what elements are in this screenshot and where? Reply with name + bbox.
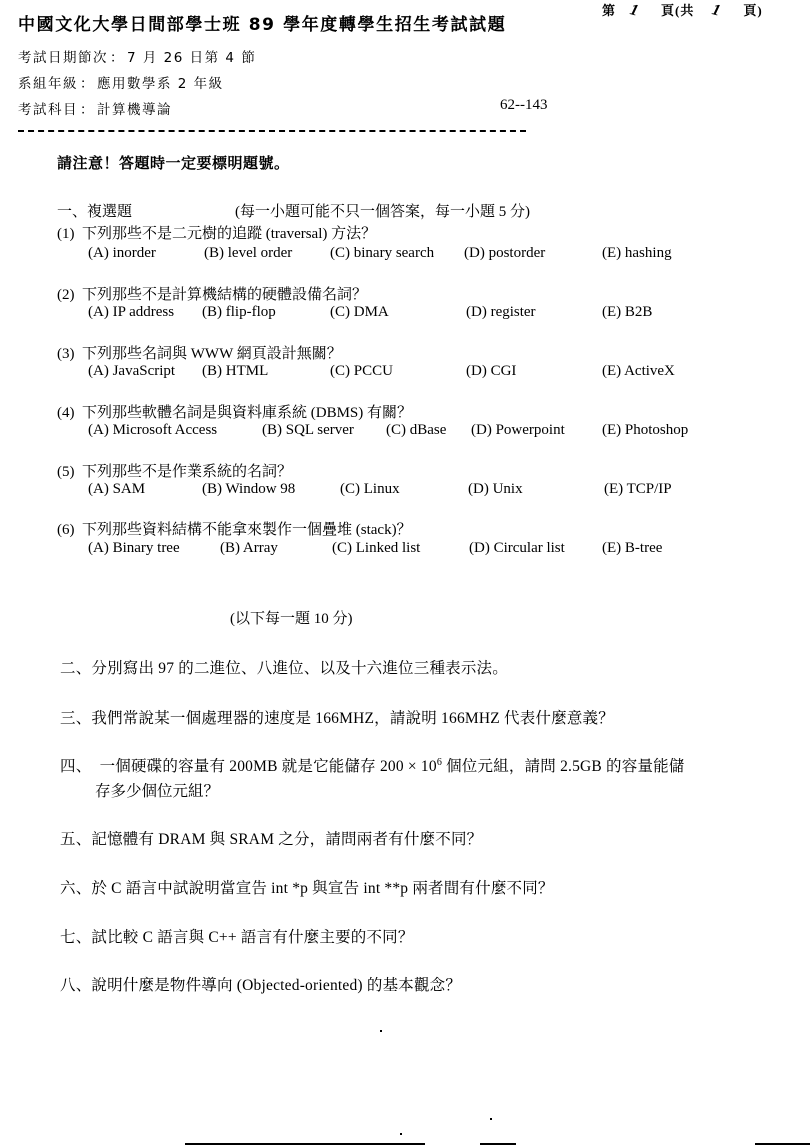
question-5: (5) 下列那些不是作業系統的名詞？ (57, 460, 292, 481)
essay-question-4-continuation: 存多少個位元組？ (95, 779, 219, 801)
page-indicator: 第1頁(共1頁) (602, 0, 763, 20)
option-a: (A) SAM (88, 481, 145, 498)
essay-text: 記憶體有 DRAM 與 SRAM 之分，請問兩者有什麼不同？ (91, 831, 482, 848)
option-e: (E) B2B (602, 304, 652, 321)
scan-speck (490, 1118, 492, 1120)
exam-date-sep: ： (110, 50, 125, 66)
essay-question-3: 三、我們常說某一個處理器的速度是 166MHZ，請說明 166MHZ 代表什麼意… (60, 706, 614, 728)
essay-question-5: 五、記憶體有 DRAM 與 SRAM 之分，請問兩者有什麼不同？ (60, 827, 482, 849)
essay-question-8: 八、說明什麼是物件導向 (Objected-oriented) 的基本觀念？ (60, 973, 461, 995)
question-number: (3) (57, 346, 75, 362)
option-b: (B) level order (204, 245, 292, 262)
essay-question-4: 四、 一個硬碟的容量有 200MB 就是它能儲存 200 × 106 個位元組，… (60, 754, 685, 776)
option-d: (D) Powerpoint (471, 422, 565, 439)
question-text: 下列那些資料結構不能拿來製作一個疊堆 (stack)？ (82, 522, 412, 538)
department-value: 應用數學系 2 年級 (97, 76, 224, 92)
essay-number: 四、 (60, 758, 91, 775)
exam-date-label: 考試日期節次 (18, 50, 108, 66)
option-e: (E) TCP/IP (604, 481, 672, 498)
question-text: 下列那些不是計算機結構的硬體設備名詞？ (82, 287, 367, 303)
essay-number: 八、 (60, 977, 91, 994)
option-d: (D) Unix (468, 481, 523, 498)
question-number: (1) (57, 226, 75, 242)
notice-text: 請注意！答題時一定要標明題號。 (57, 152, 290, 173)
question-2-options: (A) IP address (B) flip-flop (C) DMA (D)… (88, 304, 768, 322)
question-5-options: (A) SAM (B) Window 98 (C) Linux (D) Unix… (88, 481, 768, 499)
question-text: 下列那些不是二元樹的追蹤 (traversal) 方法？ (82, 226, 376, 242)
subject-sep: ： (80, 102, 95, 118)
scan-bottom-edge (480, 1143, 516, 1145)
essay-number: 三、 (60, 710, 91, 727)
option-d: (D) register (466, 304, 536, 321)
section-one-title: 一、複選題 (57, 204, 132, 220)
question-number: (2) (57, 287, 75, 303)
option-c: (C) binary search (330, 245, 434, 262)
question-text: 下列那些名詞與 WWW 網頁設計無關？ (82, 346, 342, 362)
question-6-options: (A) Binary tree (B) Array (C) Linked lis… (88, 540, 768, 558)
option-c: (C) Linux (340, 481, 400, 498)
exam-code: 62--143 (500, 97, 548, 114)
option-b: (B) SQL server (262, 422, 354, 439)
option-c: (C) Linked list (332, 540, 420, 557)
essay-number: 六、 (60, 880, 91, 897)
question-1: (1) 下列那些不是二元樹的追蹤 (traversal) 方法？ (57, 222, 376, 243)
essay-text: 說明什麼是物件導向 (Objected-oriented) 的基本觀念？ (91, 977, 461, 994)
sub-scoring-note: (以下每一題 10 分) (230, 607, 353, 628)
page-current: 1 (628, 1, 641, 21)
option-c: (C) DMA (330, 304, 389, 321)
department-label: 系組年級 (18, 76, 78, 92)
option-b: (B) flip-flop (202, 304, 276, 321)
option-a: (A) inorder (88, 245, 156, 262)
essay-number: 二、 (60, 660, 91, 677)
option-a: (A) JavaScript (88, 363, 175, 380)
question-number: (5) (57, 464, 75, 480)
subject-value: 計算機導論 (97, 102, 172, 118)
department-sep: ： (80, 76, 95, 92)
page-total: 1 (710, 1, 723, 21)
page-prefix: 第 (602, 3, 616, 18)
question-6: (6) 下列那些資料結構不能拿來製作一個疊堆 (stack)？ (57, 518, 412, 539)
essay-text: 試比較 C 語言與 C++ 語言有什麼主要的不同？ (91, 929, 413, 946)
exam-date-line: 考試日期節次：7 月 26 日第 4 節 (18, 46, 256, 66)
option-e: (E) B-tree (602, 540, 662, 557)
essay-text: 於 C 語言中試說明當宣告 int *p 與宣告 int **p 兩者間有什麼不… (91, 880, 553, 897)
option-a: (A) Microsoft Access (88, 422, 217, 439)
exam-date-value: 7 月 26 日第 4 節 (127, 50, 256, 66)
essay-text: 一個硬碟的容量有 200MB 就是它能儲存 200 × 10 (100, 758, 437, 775)
option-a: (A) IP address (88, 304, 174, 321)
question-2: (2) 下列那些不是計算機結構的硬體設備名詞？ (57, 283, 367, 304)
question-4-options: (A) Microsoft Access (B) SQL server (C) … (88, 422, 768, 440)
essay-text-after: 個位元組，請問 2.5GB 的容量能儲 (442, 758, 685, 775)
option-b: (B) HTML (202, 363, 268, 380)
section-one-note: (每一小題可能不只一個答案，每一小題 5 分) (235, 200, 530, 221)
option-d: (D) CGI (466, 363, 516, 380)
question-number: (4) (57, 405, 75, 421)
option-d: (D) postorder (464, 245, 545, 262)
question-3-options: (A) JavaScript (B) HTML (C) PCCU (D) CGI… (88, 363, 768, 381)
option-a: (A) Binary tree (88, 540, 180, 557)
essay-number: 七、 (60, 929, 91, 946)
scan-bottom-edge (185, 1143, 425, 1145)
question-4: (4) 下列那些軟體名詞是與資料庫系統 (DBMS) 有關？ (57, 401, 412, 422)
scan-bottom-edge (755, 1143, 810, 1145)
page-middle: 頁(共 (661, 3, 694, 18)
subject-label: 考試科目 (18, 102, 78, 118)
option-b: (B) Array (220, 540, 278, 557)
section-one-heading: 一、複選題 (每一小題可能不只一個答案，每一小題 5 分) (57, 200, 132, 221)
option-c: (C) dBase (386, 422, 446, 439)
option-e: (E) hashing (602, 245, 672, 262)
option-b: (B) Window 98 (202, 481, 295, 498)
option-e: (E) Photoshop (602, 422, 688, 439)
exam-title: 中國文化大學日間部學士班 89 學年度轉學生招生考試試題 (18, 10, 506, 35)
essay-text: 我們常說某一個處理器的速度是 166MHZ，請說明 166MHZ 代表什麼意義？ (91, 710, 614, 727)
department-line: 系組年級：應用數學系 2 年級 (18, 72, 224, 92)
header-divider (18, 130, 526, 132)
question-text: 下列那些軟體名詞是與資料庫系統 (DBMS) 有關？ (82, 405, 412, 421)
essay-text: 分別寫出 97 的二進位、八進位、以及十六進位三種表示法。 (91, 660, 508, 677)
scan-speck (400, 1133, 402, 1135)
essay-question-2: 二、分別寫出 97 的二進位、八進位、以及十六進位三種表示法。 (60, 656, 508, 678)
scan-speck (380, 1030, 382, 1032)
essay-question-7: 七、試比較 C 語言與 C++ 語言有什麼主要的不同？ (60, 925, 414, 947)
option-c: (C) PCCU (330, 363, 393, 380)
essay-question-6: 六、於 C 語言中試說明當宣告 int *p 與宣告 int **p 兩者間有什… (60, 876, 554, 898)
option-d: (D) Circular list (469, 540, 565, 557)
essay-number: 五、 (60, 831, 91, 848)
subject-line: 考試科目：計算機導論 (18, 98, 172, 118)
question-1-options: (A) inorder (B) level order (C) binary s… (88, 245, 768, 263)
option-e: (E) ActiveX (602, 363, 675, 380)
question-3: (3) 下列那些名詞與 WWW 網頁設計無關？ (57, 342, 342, 363)
question-text: 下列那些不是作業系統的名詞？ (82, 464, 292, 480)
question-number: (6) (57, 522, 75, 538)
page-suffix: 頁) (743, 3, 762, 18)
